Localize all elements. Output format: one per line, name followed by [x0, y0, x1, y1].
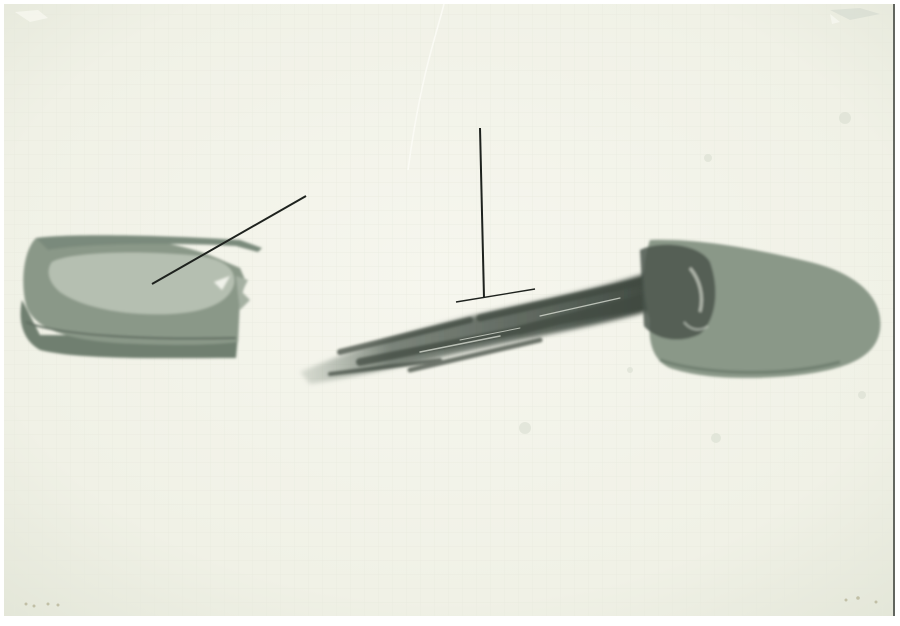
photograph: Scanned photographic print on graph pape… [0, 0, 900, 626]
photo-canvas [0, 0, 900, 626]
